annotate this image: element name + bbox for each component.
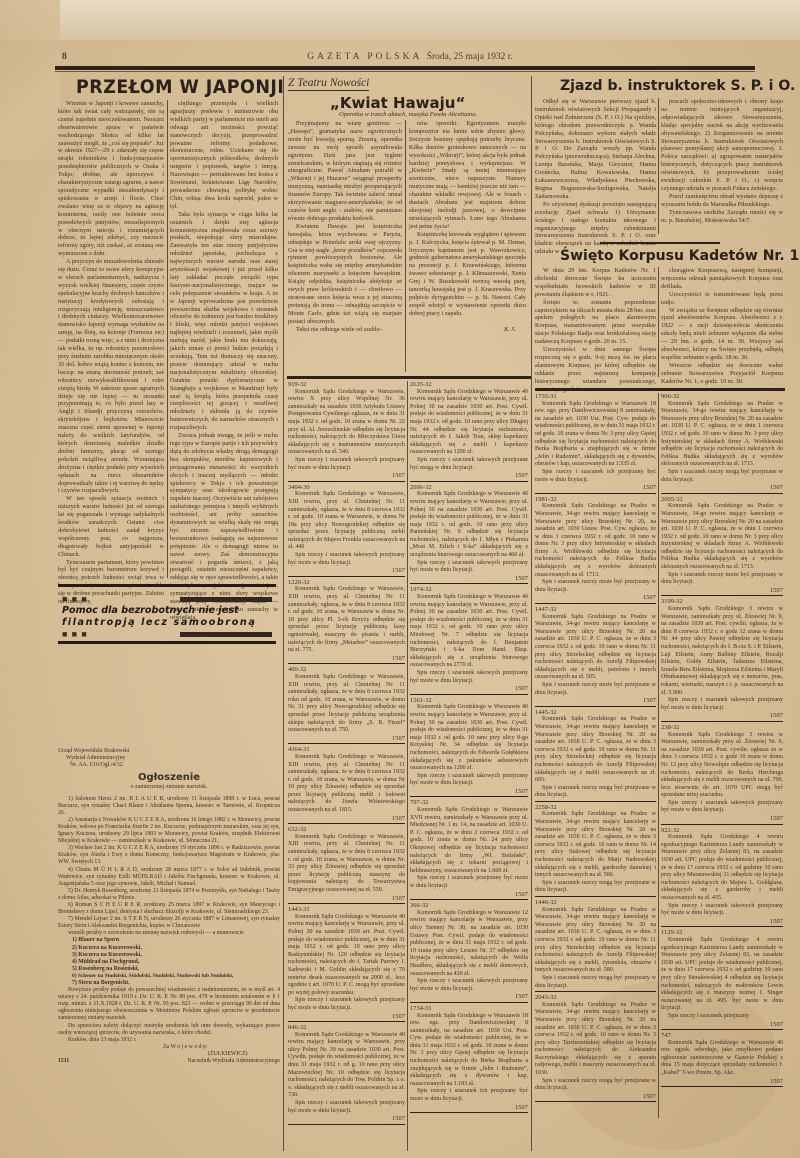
court-bailiff-notice: 1974-32Komornik Sądu Grodzkiego w Warsza… — [410, 586, 528, 694]
japan-col-2: ciężkiego przemysłu i wielkich agrarjusz… — [170, 100, 278, 622]
zjazd-col-1: Odbył się w Warszawie pierwszy zjazd b. … — [535, 98, 656, 256]
notice-text: Komornik Sądu Grodzkiego w Warszawie, XI… — [288, 586, 405, 654]
notice-inspection: Spis rzeczy i szacunek przejrzany być mo… — [410, 875, 528, 890]
notice-entry: 7) Mendel Lejser 2 im. S T E R N, urodzo… — [58, 916, 280, 930]
column-rule — [658, 98, 659, 234]
kadeci-col-2: chorągiew Korpusową, następnej kompanji,… — [661, 267, 783, 386]
notice-title: Ogłoszenie — [58, 774, 280, 781]
notice-number: 1734-31 — [410, 1005, 528, 1013]
court-bailiff-notice: 2258-32Komornik Sądu Grodzkiego na Pradz… — [535, 804, 656, 897]
court-bailiff-notice: 632-32Komornik Sądu Grodzkiego w Warszaw… — [288, 826, 405, 904]
notice-inspection: Spis rzeczy i szacunek takowych przejrza… — [288, 1100, 405, 1115]
name-change-item: 6) Scheuer na Stodolski, Stódolski, Stod… — [72, 973, 280, 980]
banner-rule — [58, 641, 276, 644]
name-change-item: 7) Stern na Borgenicht, — [72, 980, 280, 987]
japan-col-1: Wrzenie w Japonji i krwawe zamachy, któr… — [58, 100, 164, 606]
court-bailiff-notice: 1447-32Komornik Sądu Grodzkiego na Pradz… — [535, 606, 656, 707]
notice-text: Komornik Sądu Grodzkiego 3 rewiru w Wars… — [661, 732, 783, 800]
kadeci-headline: Święto Korpusu Kadetów Nr. 1 — [560, 248, 799, 264]
column-rule — [658, 393, 659, 1118]
notice-number: 1220-32 — [288, 579, 405, 587]
notice-number: 906-32 — [661, 393, 783, 401]
japan-headline: PRZEŁOM W JAPONJI — [76, 76, 284, 98]
notice-number: 1981-32 — [535, 496, 656, 504]
masthead-rule-thin — [55, 71, 755, 72]
notice-text: Komornik Sądu Grodzkiego 4 rewiru egzeku… — [661, 834, 783, 902]
notice-entry: 2) Anastazja z Nowaków K U C Z E R A, ur… — [58, 817, 280, 845]
court-bailiff-notice: 1445-32Komornik Sądu Grodzkiego na Pradz… — [535, 709, 656, 802]
paragraph: Święto to zostanie poprzedzone capstrzyk… — [535, 299, 656, 346]
notice-text: Komornik Sądu Grodzkiego na Pradze w War… — [535, 1002, 656, 1078]
court-bailiff-notice: 4364-31Komornik Sądu Grodzkiego w Warsza… — [288, 746, 405, 824]
notice-code: 1507 — [661, 587, 783, 595]
notice-text: Komornik Sądu Grodzkiego w Warszawie 18 … — [410, 1013, 528, 1089]
notice-code: 1507 — [661, 484, 783, 492]
notice-inspection: Spis rzeczy i szacunek takowych przejrza… — [661, 800, 783, 815]
zjazd-headline: Zjazd b. instruktorek S. P. i O. — [560, 78, 795, 94]
column-rule — [407, 381, 408, 1151]
theatre-section: Z Teatru Nowości — [288, 77, 369, 91]
notice-inspection: Spis rzeczy i szacunek ich przejrzany by… — [410, 1088, 528, 1103]
notice-inspection: Spis i szacunek rzeczy mogą być przejrza… — [535, 785, 656, 800]
notice-inspection: Spis rzeczy i szacunek takowych przejrza… — [661, 697, 783, 712]
notice-code: 1507 — [288, 472, 405, 480]
masthead-title: GAZETA POLSKA Środa, 25 maja 1932 r. — [60, 52, 760, 62]
notice-inspection: Spis i szacunek rzeczy mogą być przejrza… — [535, 1078, 656, 1093]
notice-inspection: Spis rzeczy i szacunek takowych przejrza… — [410, 978, 528, 993]
section-rule — [535, 388, 785, 391]
court-bailiff-notice: 919-32Komornik Sądu Grodzkiego w Warszaw… — [288, 381, 405, 482]
notice-inspection: Spis rzeczy i szacunek takowych przejrza… — [410, 560, 528, 575]
court-bailiff-notice: 1129-32Komornik Sądu Grodzkiego 4 rewiru… — [661, 929, 783, 1030]
paragraph: W związku ze Świętem odbędzie się równie… — [661, 307, 783, 362]
notice-entry: 1) Salomon Hersz 2 im. B L A U E R, urod… — [58, 796, 280, 817]
notice-inspection: Spis rzeczy i szacunek przejrzany — [661, 1013, 783, 1021]
theatre-col-2: nów operetki. Egzotyzmem muzyki kompozyt… — [409, 120, 526, 334]
notice-subtitle: o zamierzonej zmianie nazwisk. — [58, 784, 280, 791]
notice-code: 1507 — [288, 655, 405, 663]
court-bailiff-notice: 747Komornik Sądu Grodzkiego w Warszawie … — [661, 1032, 783, 1087]
notice-code: 1507 — [661, 1078, 783, 1086]
notice-code: 1507 — [288, 815, 405, 823]
banner-rule — [58, 584, 276, 587]
notice-text: Komornik Sądu Grodzkiego na Pradze w War… — [535, 716, 656, 784]
notice-number: 919-32 — [288, 381, 405, 389]
notice-number: 1129-32 — [661, 929, 783, 937]
banner-bar — [180, 597, 272, 602]
notice-text: Komornik Sądu Grodzkiego w Warszawie 40 … — [410, 491, 528, 559]
paragraph: Księżniczkę kreowała wyglądem i śpiewem … — [409, 231, 526, 318]
notice-text: Komornik Sądu Grodzkiego w Warszawie 40 … — [410, 389, 528, 457]
banner-dots: ■ ■ ■ — [62, 594, 88, 604]
paragraph: Wrzenie w Japonji i krwawe zamachy, któr… — [58, 100, 164, 258]
notice-number: 1735-31 — [535, 393, 656, 401]
ads-col-b: 2635-32Komornik Sądu Grodzkiego w Warsza… — [410, 381, 528, 1151]
column-rule — [405, 120, 406, 372]
notice-number: 797-32 — [410, 799, 528, 807]
notice-number: 2258-32 — [535, 804, 656, 812]
notice-text: Komornik Sądu Grodzkiego w Warszawie, XI… — [288, 674, 405, 735]
court-bailiff-notice: 846-32Komornik Sądu Grodzkiego w Warszaw… — [288, 1024, 405, 1125]
notice-number: 2096-32 — [410, 484, 528, 492]
paragraph: Tekst nie odbiega wiele od szablo- — [288, 326, 402, 334]
notice-code: 1507 — [288, 1115, 405, 1123]
notice-text: Komornik Sądu Grodzkiego w Warszawie 40 … — [410, 594, 528, 670]
office-ref: Nr. AA. I/16/Ogł./4/32. — [58, 762, 280, 769]
notice-code: 1507 — [535, 1093, 656, 1101]
court-bailiff-notice: 3404-30Komornik Sądu Grodzkiego w Warsza… — [288, 484, 405, 577]
notice-inspection: Spis i szacunek rzeczy może być przejrza… — [535, 682, 656, 697]
notice-entry: 4) Chaim M Ü H L R A D, urodzony 28 marc… — [58, 867, 280, 888]
notice-inspection: Spis i szacunek rzeczy mogą być przejrza… — [535, 880, 656, 895]
name-change-item: 4) Mühlrad na Fischgrund, — [72, 959, 280, 966]
notice-inspection: Spis rzeczy i szacunek ich przejrzany by… — [535, 469, 656, 484]
paragraph: nów operetki. Egzotyzmem muzyki kompozyt… — [409, 120, 526, 231]
issue-date: Środa, 25 maja 1932 r. — [427, 52, 513, 62]
notice-code: 1507 — [288, 1013, 405, 1021]
zjazd-col-2: pracach społeczno-ideowych i obrony kraj… — [661, 98, 783, 225]
column-rule — [283, 76, 284, 1151]
notice-body: Powyższe prośby podaje do powszechnej wi… — [58, 987, 280, 1022]
notice-number: 400-32 — [288, 666, 405, 674]
paragraph: A przyczyn do niezadowolenia zbierało si… — [58, 258, 164, 495]
notice-text: Komornik Sądu Grodzkiego 4 rewiru egzeku… — [661, 937, 783, 1013]
notice-code: 1507 — [661, 918, 783, 926]
notice-number: 3199-32 — [661, 598, 783, 606]
paper-name: GAZETA POLSKA — [307, 52, 422, 62]
court-bailiff-notice: 3199-32Komornik Sądu Grodzkiego 3 rewiru… — [661, 598, 783, 722]
paragraph: Taka była sytuacja w ciągu kilku lat ost… — [170, 211, 278, 432]
notice-number: 1974-32 — [410, 586, 528, 594]
notice-entry: 6) Roman S C H E U R E R, urodzony 25 ma… — [58, 902, 280, 916]
notice-text: Komornik Sądu Grodzkiego na Pradze w War… — [661, 503, 783, 571]
masthead: 8 GAZETA POLSKA Środa, 25 maja 1932 r. — [60, 52, 760, 66]
notice-inspection: Spis rzeczy i szacunek takowych przejrza… — [661, 903, 783, 918]
notice-code: 1507 — [535, 697, 656, 705]
notice-text: Komornik Sądu Grodzkiego w Warszawie, XI… — [288, 754, 405, 815]
kadeci-col-1: W dniu 29 bm. Korpus Kadetów Nr. 1 obcho… — [535, 267, 656, 394]
ads-col-a: 919-32Komornik Sądu Grodzkiego w Warszaw… — [288, 381, 405, 1151]
ads-col-d: 906-32Komornik Sądu Grodzkiego na Pradze… — [661, 393, 783, 1118]
paragraph: chorągiew Korpusową, następnej kompanji,… — [661, 267, 783, 291]
name-change-notice: Urząd Wojewódzki Krakowski Wydział Admin… — [58, 748, 280, 1065]
author-initials: K. S. — [409, 326, 526, 334]
notice-inspection: Spis rzeczy i szacunek takowych przejrza… — [410, 457, 528, 472]
notice-code: 1507 — [410, 472, 528, 480]
notice-number: 922-32 — [661, 827, 783, 835]
column-rule — [658, 267, 659, 377]
notice-number: 632-32 — [288, 826, 405, 834]
column-rule — [531, 76, 532, 1151]
office-line: Wydział Administracyjny — [58, 755, 280, 762]
notice-code: 1507 — [661, 712, 783, 720]
notice-text: Komornik Sądu Grodzkiego w Warszawie XVI… — [410, 807, 528, 875]
notice-inspection: Spis rzeczy i szacunek takowych przejrza… — [410, 773, 528, 788]
notice-inspection: Spis rzeczy i szacunek takowych przejrza… — [288, 997, 405, 1012]
notice-text: Komornik Sądu Grodzkiego w Warszawie 40 … — [288, 914, 405, 998]
notice-text: Komornik Sądu Grodzkiego 3 rewiru w Wars… — [661, 606, 783, 697]
notice-number: 846-32 — [288, 1024, 405, 1032]
section-rule — [287, 376, 531, 379]
notice-text: Komornik Sądu Grodzkiego na Pradze w War… — [535, 503, 656, 579]
theatre-col-1: Przyjmujemy na wiarę genitivus — „Hawaju… — [288, 120, 402, 333]
court-bailiff-notice: 1734-31Komornik Sądu Grodzkiego w Warsza… — [410, 1005, 528, 1113]
notice-code: 1507 — [410, 993, 528, 1001]
masthead-rule — [55, 66, 755, 70]
notice-inspection: Spis rzeczy i szacunek takowych przejrza… — [410, 670, 528, 685]
paragraph: Przyjmujemy na wiarę genitivus — „Hawaju… — [288, 120, 402, 223]
court-bailiff-notice: 366-32Komornik Sądu Grodzkiego w Warszaw… — [410, 902, 528, 1003]
notice-code: 1507 — [288, 735, 405, 743]
court-bailiff-notice: 1220-32Komornik Sądu Grodzkiego w Warsza… — [288, 579, 405, 665]
notice-text: Komornik Sądu Grodzkiego w Warszawie, XI… — [288, 491, 405, 552]
notice-code: 1507 — [410, 891, 528, 899]
banner-line-1: Pomoc dla bezrobotnych nie jest — [62, 605, 239, 616]
divider-ornament — [600, 242, 720, 244]
notice-code: 1507 — [535, 594, 656, 602]
banner-dots: ■ ■ ■ — [62, 629, 88, 639]
court-bailiff-notice: 906-32Komornik Sądu Grodzkiego na Pradze… — [661, 393, 783, 494]
notice-code: 1507 — [288, 567, 405, 575]
paragraph: W dniu 29 bm. Korpus Kadetów Nr. 1 obcho… — [535, 267, 656, 299]
paragraph: pracach społeczno-ideowych i obrony kraj… — [661, 98, 783, 193]
notice-number: 3404-30 — [288, 484, 405, 492]
notice-number: 1447-32 — [535, 606, 656, 614]
notice-code: 1507 — [410, 788, 528, 796]
banner-bar — [180, 632, 272, 637]
notice-entry: 5) Dr. Henryk Rosenberg, urodzony 21 lis… — [58, 888, 280, 902]
banner-line-2: filantropją lecz samoobroną — [62, 617, 256, 628]
paragraph: ciężkiego przemysłu i wielkich agrarjusz… — [170, 100, 278, 211]
notice-number: 366-32 — [410, 902, 528, 910]
court-bailiff-notice: 2635-32Komornik Sądu Grodzkiego w Warsza… — [410, 381, 528, 482]
court-bailiff-notice: 2096-32Komornik Sądu Grodzkiego w Warsza… — [410, 484, 528, 585]
notice-text: Komornik Sądu Grodzkiego w Warszawie 40 … — [288, 1032, 405, 1100]
notice-code: 1507 — [410, 1104, 528, 1112]
notice-entry: 3) Wacław Jan 2 im. K U C Z E R A, urodz… — [58, 845, 280, 866]
notice-text: Komornik Sądu Grodzkiego w Warszawie, re… — [288, 389, 405, 457]
court-bailiff-notice: 1981-32Komornik Sądu Grodzkiego na Pradz… — [535, 496, 656, 604]
notice-code: 1507 — [535, 484, 656, 492]
notice-code: 1507 — [661, 815, 783, 823]
signature-title: Naczelnik Wydziału Administracyjnego — [187, 1058, 280, 1065]
court-bailiff-notice: 922-32Komornik Sądu Grodzkiego 4 rewiru … — [661, 827, 783, 928]
notice-text: Komornik Sądu Grodzkiego na Pradze w War… — [661, 401, 783, 469]
signature-line: Za W o j e w o d ę: — [58, 1044, 280, 1051]
notice-text: Komornik Sądu Grodzkiego w Warszawie, XI… — [288, 834, 405, 895]
signature-name: (ŻUŁKIEWICZ) — [58, 1051, 280, 1058]
notice-number: 2635-32 — [410, 381, 528, 389]
notice-number: 1445-32 — [535, 709, 656, 717]
name-change-item: 2) Kuczera na Kuczerowski, — [72, 945, 280, 952]
notice-number: 1443-31 — [288, 906, 405, 914]
notice-inspection: Spis i szacunek rzeczy może być przejrza… — [661, 572, 783, 587]
notice-text: Komornik Sądu Grodzkiego w Warszawie 12 … — [410, 910, 528, 978]
unemployment-banner: ■ ■ ■ Pomoc dla bezrobotnych nie jest fi… — [58, 584, 276, 644]
notice-number: 1446-32 — [535, 899, 656, 907]
name-change-item: 1) Blauer na Sporn — [72, 937, 280, 944]
notice-code: 1507 — [410, 685, 528, 693]
ads-col-c: 1735-31Komornik Sądu Grodzkiego w Warsza… — [535, 393, 656, 1118]
notice-text: Komornik Sądu Grodzkiego na Pradze w War… — [535, 614, 656, 682]
notice-inspection: Spis i szacunek rzeczy mogą być przejrza… — [535, 975, 656, 990]
notice-inspection: Spis rzeczy i szacunek takowych przejrza… — [288, 552, 405, 567]
notice-code: 1507 — [661, 1021, 783, 1029]
column-rule — [167, 100, 168, 578]
paragraph: W ten sposób sytuacja średnich i niższyc… — [58, 495, 164, 558]
paragraph: Tymczasowa siedziba Zarządu mieści się w… — [661, 209, 783, 225]
notice-text: Komornik Sądu Grodzkiego na Pradze w War… — [535, 811, 656, 879]
paragraph: Przed zamknięciem obrad wysłano depeszę … — [661, 193, 783, 209]
notice-number: 2005-32 — [661, 496, 783, 504]
court-bailiff-notice: 400-32Komornik Sądu Grodzkiego w Warszaw… — [288, 666, 405, 744]
paragraph: Odbył się w Warszawie pierwszy zjazd b. … — [535, 98, 656, 201]
notice-number: 238-32 — [661, 724, 783, 732]
folded-corner — [0, 0, 60, 160]
theatre-title: „Kwiat Hawaju“ — [330, 94, 465, 112]
notice-number: 747 — [661, 1032, 783, 1040]
court-bailiff-notice: 2005-32Komornik Sądu Grodzkiego na Pradz… — [661, 496, 783, 597]
notice-inspection: Spis i szacunek rzeczy mogą być przejrza… — [661, 469, 783, 484]
theatre-subtitle: Operetka w trzech aktach, muzyka Pawła A… — [288, 111, 528, 118]
notice-code: 1507 — [288, 895, 405, 903]
notice-number: 2043-32 — [535, 994, 656, 1002]
torn-top-edge — [0, 0, 800, 40]
notice-inspection: Spis i szacunek rzeczy może być przejrza… — [535, 579, 656, 594]
court-bailiff-notice: 1735-31Komornik Sądu Grodzkiego w Warsza… — [535, 393, 656, 494]
notice-number: 4364-31 — [288, 746, 405, 754]
notice-code: 1511 — [58, 1058, 69, 1065]
paragraph: Wreszcie odbędzie się doroczne walne zeb… — [661, 362, 783, 386]
notice-text: Komornik Sądu Grodzkiego w Warszawie 18 … — [535, 401, 656, 469]
notice-date: Kraków, dnia 13 maja 1932 r. — [58, 1037, 280, 1044]
notice-number: 1561-32 — [410, 697, 528, 705]
name-change-item: 5) Rosenberg na Rosieński, — [72, 966, 280, 973]
court-bailiff-notice: 1561-32Komornik Sądu Grodzkiego w Warsza… — [410, 697, 528, 798]
notice-inspection: Spis rzeczy i szacunek takowych przejrza… — [288, 457, 405, 472]
notice-text: Komornik Sądu Grodzkiego w Warszawie 40 … — [410, 704, 528, 772]
paragraph: Uroczystości te transmitowane będą przez… — [661, 291, 783, 307]
notice-text: Komornik Sądu Grodzkiego na Pradze w War… — [535, 907, 656, 975]
paragraph: Kwiatem Hawaju jest księżniczka hawajska… — [288, 223, 402, 326]
notice-body: Do sprzeciwu należy dołączyć metrykę uro… — [58, 1023, 280, 1037]
court-bailiff-notice: 1443-31Komornik Sądu Grodzkiego w Warsza… — [288, 906, 405, 1022]
notice-code: 1507 — [410, 575, 528, 583]
office-line: Urząd Wojewódzki Krakowski — [58, 748, 280, 755]
notice-text: Komornik Sądu Grodzkiego w Warszawie 40 … — [661, 1040, 783, 1078]
court-bailiff-notice: 1446-32Komornik Sądu Grodzkiego na Pradz… — [535, 899, 656, 992]
court-bailiff-notice: 797-32Komornik Sądu Grodzkiego w Warszaw… — [410, 799, 528, 900]
name-change-item: 3) Kuczera na Kuczerowski, — [72, 952, 280, 959]
court-bailiff-notice: 2043-32Komornik Sądu Grodzkiego na Pradz… — [535, 994, 656, 1102]
court-bailiff-notice: 238-32Komornik Sądu Grodzkiego 3 rewiru … — [661, 724, 783, 825]
paragraph: Uroczystości w dniu samego Święta rozpoc… — [535, 346, 656, 393]
